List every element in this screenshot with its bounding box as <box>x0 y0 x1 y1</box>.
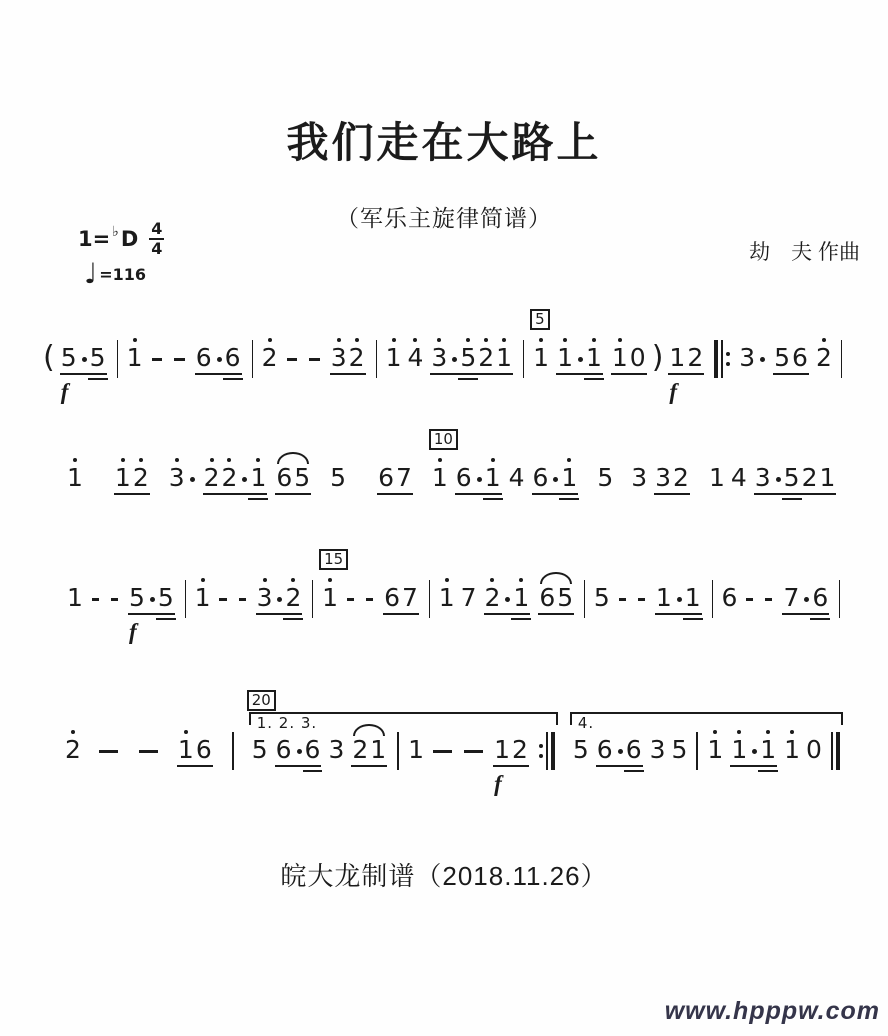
octave-dot <box>337 338 341 342</box>
note: 1 <box>115 465 131 491</box>
final-barline <box>831 732 840 770</box>
note-number: 1 <box>178 737 194 763</box>
note: 3 <box>331 345 347 371</box>
note: 6 <box>225 345 241 371</box>
note: 5 <box>460 345 476 371</box>
octave-dot <box>466 338 470 342</box>
sixteenth-beam <box>156 618 176 620</box>
open-paren: ( <box>43 344 55 372</box>
note-number: 4 <box>408 345 424 371</box>
octave-dot <box>268 338 272 342</box>
barline <box>584 580 585 618</box>
sustain-dash <box>347 598 354 601</box>
octave-dot <box>491 458 495 462</box>
note: 2 <box>485 585 512 611</box>
slur-beam-group: 21 <box>351 737 387 767</box>
forte-dynamic: f <box>669 380 677 403</box>
note: 6 <box>539 585 555 611</box>
note-number: 0 <box>806 737 822 763</box>
note-number: 1 <box>115 465 131 491</box>
note-number: 3 <box>328 737 344 763</box>
augmentation-dot <box>776 477 781 482</box>
note-number: 5 <box>774 345 790 371</box>
beam-group: 10 <box>611 345 647 375</box>
volta-label: 1. 2. 3. <box>257 714 317 732</box>
note: 2 <box>478 345 494 371</box>
note-number: 6 <box>792 345 808 371</box>
sustain-dash <box>139 750 158 753</box>
beam-group: 3521 <box>754 465 837 495</box>
barline <box>185 580 186 618</box>
note-number: 1 <box>586 345 602 371</box>
repeat-dots <box>726 352 730 366</box>
octave-dot <box>355 338 359 342</box>
note-number: 2 <box>687 345 703 371</box>
note-number: 3 <box>257 585 273 611</box>
sixteenth-beam <box>248 498 268 500</box>
barline <box>232 732 234 770</box>
octave-dot <box>201 578 205 582</box>
note-number: 5 <box>597 465 613 491</box>
note: 3 <box>739 345 766 371</box>
sixteenth-beam <box>283 618 303 620</box>
note: 2 <box>816 345 832 371</box>
note-number: 1 <box>669 345 685 371</box>
octave-dot <box>539 338 543 342</box>
octave-dot <box>210 458 214 462</box>
beam-group: 32 <box>330 345 366 375</box>
note: 6 <box>792 345 808 371</box>
note: 1 <box>485 465 501 491</box>
note-number: 2 <box>352 737 368 763</box>
note: 6 <box>812 585 828 611</box>
slur-beam-group: 65 <box>275 465 311 495</box>
note: 6 <box>276 465 292 491</box>
rehearsal-number: 10 <box>429 429 458 450</box>
octave-dot <box>502 338 506 342</box>
note: 6 <box>533 465 560 491</box>
note: 1 <box>439 585 455 611</box>
note: 1 <box>557 345 584 371</box>
sustain-dash <box>174 358 185 361</box>
note: 5 <box>594 585 610 611</box>
octave-dot <box>73 458 77 462</box>
note: 5 <box>784 465 800 491</box>
note: 3 <box>431 345 458 371</box>
note: 2 <box>802 465 818 491</box>
note-number: 1 <box>709 465 725 491</box>
note-number: 5 <box>252 737 268 763</box>
sustain-dash <box>366 598 373 601</box>
rest-note: 0 <box>806 737 822 763</box>
note: 2 <box>285 585 301 611</box>
note-number: 6 <box>196 737 212 763</box>
note: 4 <box>408 345 424 371</box>
barline <box>696 732 698 770</box>
note: 1f <box>669 345 685 371</box>
augmentation-dot <box>752 749 757 754</box>
octave-dot <box>256 458 260 462</box>
octave-dot <box>490 578 494 582</box>
note: 5 <box>774 345 790 371</box>
note: 2 <box>204 465 220 491</box>
note-number: 3 <box>631 465 647 491</box>
note: 5 <box>557 585 573 611</box>
note: 1 <box>784 737 800 763</box>
note-number: 2 <box>133 465 149 491</box>
note-number: 6 <box>305 737 321 763</box>
note-number: 2 <box>222 465 238 491</box>
note-number: 1 <box>513 585 529 611</box>
octave-dot <box>263 578 267 582</box>
beam-group: 21 <box>484 585 531 615</box>
octave-dot <box>563 338 567 342</box>
note: 5 <box>90 345 106 371</box>
augmentation-dot <box>677 597 682 602</box>
note-number: 1 <box>370 737 386 763</box>
octave-dot <box>438 458 442 462</box>
rehearsal-number: 20 <box>247 690 276 711</box>
note-number: 1 <box>386 345 402 371</box>
note: 3 <box>755 465 782 491</box>
sustain-dash <box>99 750 118 753</box>
note-number: 1 <box>612 345 628 371</box>
note-number: 6 <box>721 585 737 611</box>
note: 2 <box>687 345 703 371</box>
beam-group: 16 <box>177 737 213 767</box>
beam-group: 66 <box>275 737 322 767</box>
watermark: www.hpppw.com <box>665 997 880 1026</box>
beam-group: 76 <box>782 585 829 615</box>
sixteenth-beam <box>303 770 323 772</box>
augmentation-dot <box>578 357 583 362</box>
close-paren: ) <box>652 344 664 372</box>
octave-dot <box>71 730 75 734</box>
augmentation-dot <box>190 477 195 482</box>
sixteenth-beam <box>458 378 478 380</box>
barline <box>429 580 430 618</box>
beam-group: 66 <box>596 737 643 767</box>
sixteenth-beam <box>584 378 604 380</box>
beam-group: 61 <box>455 465 502 495</box>
note-number: 2 <box>485 585 501 611</box>
octave-dot <box>121 458 125 462</box>
note-number: 1 <box>496 345 512 371</box>
note-number: 1 <box>67 465 83 491</box>
note: 7 <box>461 585 477 611</box>
note-number: 5 <box>573 737 589 763</box>
note: 1 <box>67 465 83 491</box>
note: 6 <box>305 737 321 763</box>
octave-dot <box>392 338 396 342</box>
note: 2 <box>352 737 368 763</box>
barline <box>376 340 377 378</box>
sixteenth-beam <box>683 618 703 620</box>
sheet-music-page: 我们走在大路上 （军乐主旋律简谱） 劫 夫 作曲 1=♭D 4 4 ♩ =116… <box>0 0 888 1036</box>
repeat-dots <box>539 744 543 758</box>
note-number: 2 <box>204 465 220 491</box>
note-number: 5 <box>784 465 800 491</box>
note: 2 <box>133 465 149 491</box>
note-number: 6 <box>378 465 394 491</box>
note-number: 1 <box>494 737 510 763</box>
note: 3 <box>169 465 196 491</box>
augmentation-dot <box>277 597 282 602</box>
note-number: 5 <box>557 585 573 611</box>
note: 2 <box>262 345 278 371</box>
sustain-dash <box>765 598 772 601</box>
sixteenth-beam <box>483 498 503 500</box>
note: 1 <box>561 465 577 491</box>
note: 5f <box>61 345 88 371</box>
note-number: 6 <box>597 737 613 763</box>
note: 6 <box>384 585 400 611</box>
note: 5 <box>597 465 613 491</box>
note-number: 5 <box>594 585 610 611</box>
octave-dot <box>133 338 137 342</box>
note-number: 1 <box>561 465 577 491</box>
forte-dynamic: f <box>61 380 69 403</box>
note: 1 <box>709 465 725 491</box>
note-number: 7 <box>783 585 799 611</box>
barline <box>117 340 118 378</box>
sustain-dash <box>619 598 626 601</box>
note: 1 <box>513 585 529 611</box>
note-number: 5 <box>460 345 476 371</box>
repeat-start-barline <box>714 340 730 378</box>
sixteenth-beam <box>810 618 830 620</box>
note: 5 <box>672 737 688 763</box>
note: 115 <box>322 585 338 611</box>
barline <box>523 340 524 378</box>
note: 7 <box>402 585 418 611</box>
augmentation-dot <box>242 477 247 482</box>
octave-dot <box>822 338 826 342</box>
note-number: 1 <box>731 737 747 763</box>
note-number: 5 <box>330 465 346 491</box>
repeat-end-barline <box>539 732 555 770</box>
octave-dot <box>766 730 770 734</box>
sixteenth-beam <box>559 498 579 500</box>
rehearsal-number: 15 <box>319 549 348 570</box>
note-number: 3 <box>169 465 185 491</box>
note: 2 <box>673 465 689 491</box>
sustain-dash <box>433 750 452 753</box>
note-number: 6 <box>276 737 292 763</box>
octave-dot <box>592 338 596 342</box>
note-number: 1 <box>656 585 672 611</box>
sustain-dash <box>219 598 226 601</box>
system-line-2: 112322165567110614615332143521 <box>64 465 846 491</box>
note: 2 <box>65 737 81 763</box>
augmentation-dot <box>804 597 809 602</box>
note-number: 6 <box>276 465 292 491</box>
note-number: 2 <box>802 465 818 491</box>
sustain-dash <box>309 358 320 361</box>
beam-group: 67 <box>377 465 413 495</box>
beam-group: 12 <box>114 465 150 495</box>
note: 6 <box>196 737 212 763</box>
note-number: 3 <box>331 345 347 371</box>
sustain-dash <box>239 598 246 601</box>
note-number: 3 <box>739 345 755 371</box>
note: 6 <box>378 465 394 491</box>
note: 2 <box>512 737 528 763</box>
beam-group: 221 <box>203 465 268 495</box>
note-number: 0 <box>630 345 646 371</box>
octave-dot <box>519 578 523 582</box>
barline <box>712 580 713 618</box>
augmentation-dot <box>760 357 765 362</box>
note-number: 2 <box>285 585 301 611</box>
note-number: 3 <box>755 465 771 491</box>
octave-dot <box>713 730 717 734</box>
note: 1 <box>250 465 266 491</box>
note-number: 1 <box>485 465 501 491</box>
beam-group: 67 <box>383 585 419 615</box>
sustain-dash <box>92 598 99 601</box>
note-number: 1 <box>127 345 143 371</box>
note-number: 1 <box>784 737 800 763</box>
note: 1f <box>494 737 510 763</box>
note-number: 1 <box>819 465 835 491</box>
note-number: 4 <box>509 465 525 491</box>
note-number: 7 <box>461 585 477 611</box>
note-number: 5 <box>129 585 145 611</box>
system-line-1: (5f5166232143521151110)1f23562 <box>42 345 848 371</box>
augmentation-dot <box>82 357 87 362</box>
sustain-dash <box>152 358 163 361</box>
barline <box>841 340 842 378</box>
beam-group: 32 <box>256 585 303 615</box>
octave-dot <box>567 458 571 462</box>
note-number: 1 <box>432 465 448 491</box>
engraver-credit: 皖大龙制谱（2018.11.26） <box>0 856 888 893</box>
note: 5 <box>252 737 268 763</box>
note: 6 <box>456 465 483 491</box>
octave-dot <box>790 730 794 734</box>
octave-dot <box>618 338 622 342</box>
note: 1 <box>178 737 194 763</box>
note-number: 2 <box>65 737 81 763</box>
note-number: 3 <box>650 737 666 763</box>
note-number: 5 <box>61 345 77 371</box>
note-number: 3 <box>655 465 671 491</box>
note: 6 <box>597 737 624 763</box>
beam-group: 3521 <box>430 345 513 375</box>
note: 1 <box>408 737 424 763</box>
octave-dot <box>291 578 295 582</box>
note: 1 <box>127 345 143 371</box>
note-number: 4 <box>731 465 747 491</box>
sixteenth-beam <box>88 378 108 380</box>
note-number: 6 <box>533 465 549 491</box>
beam-group: 1f2 <box>493 737 529 767</box>
volta-bracket: 4.5663511110 <box>570 737 846 763</box>
beam-group: 5f5 <box>60 345 107 375</box>
note: 1 <box>731 737 758 763</box>
note: 1 <box>612 345 628 371</box>
note-number: 1 <box>195 585 211 611</box>
augmentation-dot <box>618 749 623 754</box>
note: 110 <box>432 465 448 491</box>
note: 1 <box>195 585 211 611</box>
note: 7 <box>396 465 412 491</box>
beam-group: 1f2 <box>668 345 704 375</box>
beam-group: 56 <box>773 345 809 375</box>
note-number: 6 <box>456 465 472 491</box>
augmentation-dot <box>452 357 457 362</box>
note: 3 <box>328 737 344 763</box>
barline <box>312 580 313 618</box>
note-number: 6 <box>225 345 241 371</box>
augmentation-dot <box>150 597 155 602</box>
volta-bracket: 1. 2. 3.2056632111f2 <box>249 737 561 763</box>
note-number: 2 <box>512 737 528 763</box>
forte-dynamic: f <box>494 772 502 795</box>
augmentation-dot <box>477 477 482 482</box>
note-number: 1 <box>760 737 776 763</box>
note-number: 1 <box>67 585 83 611</box>
note: 4 <box>509 465 525 491</box>
note: 1 <box>67 585 83 611</box>
volta-line <box>570 712 843 725</box>
sixteenth-beam <box>758 770 778 772</box>
octave-dot <box>139 458 143 462</box>
beam-group: 11 <box>730 737 777 767</box>
note: 5 <box>158 585 174 611</box>
note: 1 <box>656 585 683 611</box>
note-number: 6 <box>384 585 400 611</box>
note: 6 <box>626 737 642 763</box>
note-number: 3 <box>431 345 447 371</box>
note-number: 2 <box>816 345 832 371</box>
note: 1 <box>760 737 776 763</box>
note-number: 2 <box>262 345 278 371</box>
sixteenth-beam <box>223 378 243 380</box>
system-line-4: 2161. 2. 3.2056632111f24.5663511110 <box>62 737 846 763</box>
note: 5 <box>573 737 589 763</box>
rehearsal-number: 5 <box>530 309 550 330</box>
sustain-dash <box>638 598 645 601</box>
note: 1 <box>386 345 402 371</box>
note: 5 <box>294 465 310 491</box>
note: 3 <box>650 737 666 763</box>
rest-note: 0 <box>630 345 646 371</box>
sixteenth-beam <box>624 770 644 772</box>
barline <box>252 340 253 378</box>
note: 3 <box>257 585 284 611</box>
note-number: 1 <box>557 345 573 371</box>
beam-group: 66 <box>195 345 242 375</box>
volta-label: 4. <box>578 714 594 732</box>
note: 4 <box>731 465 747 491</box>
note-number: 1 <box>439 585 455 611</box>
octave-dot <box>184 730 188 734</box>
note: 1 <box>707 737 723 763</box>
note: 1 <box>586 345 602 371</box>
note: 6 <box>721 585 737 611</box>
note-number: 7 <box>402 585 418 611</box>
sixteenth-beam <box>782 498 802 500</box>
octave-dot <box>737 730 741 734</box>
beam-group: 5f5 <box>128 585 175 615</box>
note-number: 6 <box>196 345 212 371</box>
sixteenth-beam <box>511 618 531 620</box>
note: 3 <box>631 465 647 491</box>
augmentation-dot <box>505 597 510 602</box>
note: 1 <box>370 737 386 763</box>
